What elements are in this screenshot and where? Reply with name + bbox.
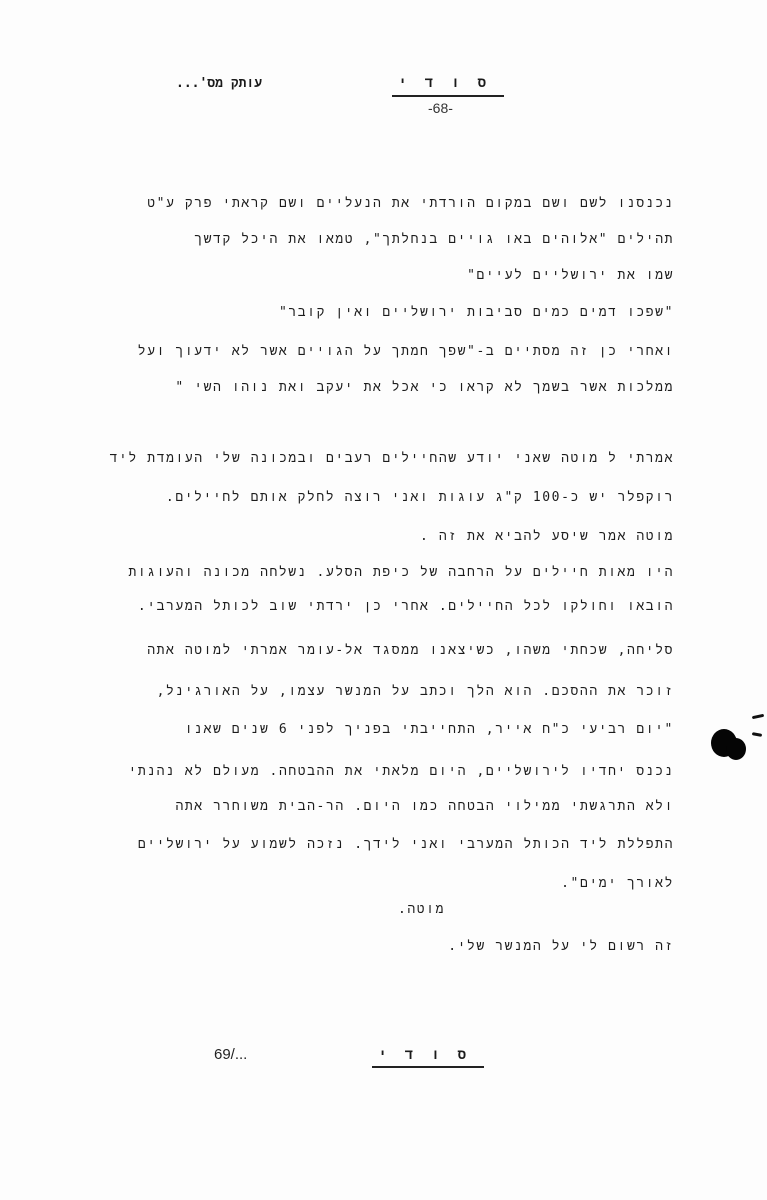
signature-line: מוטה.: [398, 902, 445, 917]
body-line: זה רשום לי על המנשר שלי.: [448, 939, 674, 954]
body-line: הובאו וחולקו לכל החיילים. אחרי כן ירדתי …: [138, 599, 674, 614]
body-line: זוכר את ההסכם. הוא הלך וכתב על המנשר עצמ…: [157, 684, 674, 699]
body-line: לאורך ימים".: [561, 876, 674, 891]
body-line: רוקפלר יש כ-100 ק"ג עוגות ואני רוצה לחלק…: [166, 490, 674, 505]
header-classification-stamp: סודי: [392, 75, 504, 97]
body-line: "שפכו דמים כמים סביבות ירושליים ואין קוב…: [279, 305, 674, 320]
body-line: נכנסנו לשם ושם במקום הורדתי את הנעליים ו…: [147, 196, 674, 211]
body-line: נכנס יחדיו לירושליים, היום מלאתי את ההבט…: [128, 764, 674, 779]
body-line: ואחרי כן זה מסתיים ב-"שפך חמתך על הגויים…: [138, 344, 674, 359]
header-copy-number: עותק מס'...: [176, 76, 262, 91]
body-line: סליחה, שכחתי משהו, כשיצאנו ממסגד אל-עומר…: [147, 643, 674, 658]
next-page-marker: 69/...: [214, 1046, 247, 1063]
body-line: תהילים "אלוהים באו גויים בנחלתך", טמאו א…: [194, 232, 674, 247]
document-page: סודי עותק מס'... -68- נכנסנו לשם ושם במק…: [0, 0, 767, 1200]
body-line: שמו את ירושליים לעיים": [467, 268, 674, 283]
body-line: ממלכות אשר בשמך לא קראו כי אכל את יעקב ו…: [175, 380, 674, 395]
body-line: מוטה אמר שיסע להביא את זה .: [420, 529, 674, 544]
footer-classification-stamp: סודי: [372, 1047, 484, 1068]
body-line: התפללת ליד הכותל המערבי ואני לידך. נזכה …: [138, 837, 674, 852]
body-line: היו מאות חיילים על הרחבה של כיפת הסלע. נ…: [128, 565, 674, 580]
body-line: "יום רביעי כ"ח אייר, התחייבתי בפניך לפני…: [185, 722, 674, 737]
body-line: אמרתי ל מוטה שאני יודע שהחיילים רעבים וב…: [110, 451, 674, 466]
page-number: -68-: [428, 100, 453, 116]
body-line: ולא התרגשתי ממילוי הבטחה כמו היום. הר-הב…: [175, 799, 674, 814]
